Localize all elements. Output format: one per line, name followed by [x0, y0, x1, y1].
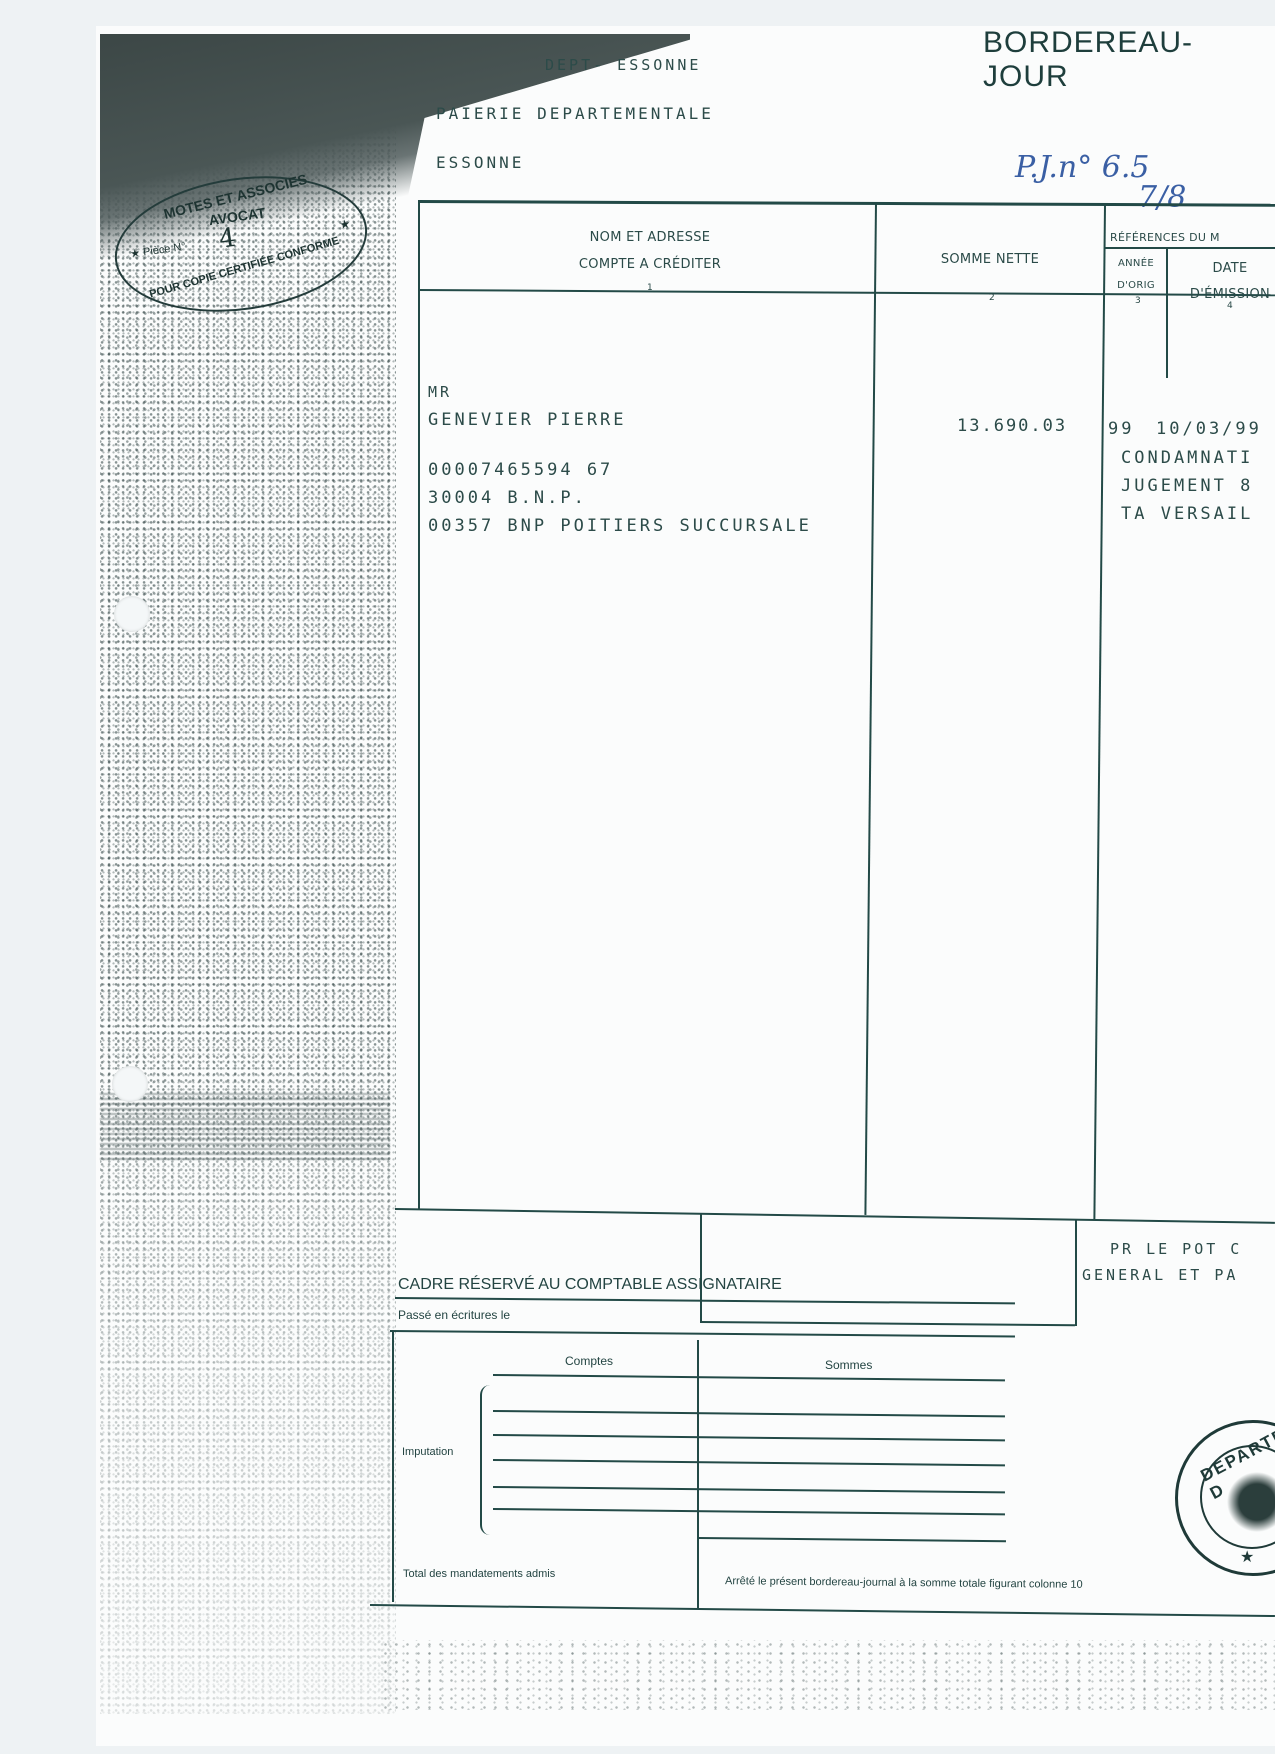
footer-box-right: [1075, 1220, 1077, 1326]
dept-label: DEPT- ESSONNE: [545, 56, 701, 74]
col-divider-3: [1166, 248, 1168, 378]
col4-header-line2: D'ÉMISSION: [1170, 287, 1275, 302]
references-subheader-line: [1104, 247, 1275, 249]
stamp-star-icon: ★: [339, 217, 352, 232]
total-label: Total des mandatements admis: [403, 1568, 555, 1580]
col4-number: 4: [1220, 301, 1240, 311]
accounting-title: CADRE RÉSERVÉ AU COMPTABLE ASSIGNATAIRE: [398, 1276, 782, 1294]
stamp-piece-number: 4: [217, 223, 238, 255]
reference-line: JUGEMENT 8: [1121, 472, 1253, 500]
col3-number: 3: [1128, 296, 1148, 306]
imputation-label: Imputation: [402, 1446, 453, 1458]
imputation-brace: [480, 1385, 490, 1535]
payee-name: GENEVIER PIERRE: [428, 406, 812, 434]
reference-block: CONDAMNATI JUGEMENT 8 TA VERSAIL: [1121, 444, 1253, 528]
col1-number: 1: [640, 283, 660, 293]
signature-line2: GENERAL ET PA: [1082, 1266, 1238, 1284]
accounts-header: Comptes: [565, 1354, 613, 1368]
net-amount: 13.690.03: [957, 416, 1067, 436]
essonne-label: ESSONNE: [436, 153, 524, 172]
payee-bank: 30004 B.N.P.: [428, 484, 812, 512]
punch-hole: [112, 1066, 148, 1102]
col3-header-line1: ANNÉE: [1108, 258, 1164, 269]
payee-blank: [428, 434, 812, 456]
col3-header-line2: D'ORIG: [1108, 280, 1164, 291]
references-group-header: RÉFÉRENCES DU M: [1110, 231, 1275, 244]
handwritten-ref-line1: P.J.n° 6.5: [1015, 150, 1149, 185]
table-left-border: [418, 200, 420, 1210]
payee-branch: 00357 BNP POITIERS SUCCURSALE: [428, 512, 812, 540]
seal-star-icon: ★: [1240, 1547, 1254, 1567]
sums-header: Sommes: [825, 1358, 872, 1372]
punch-hole: [114, 596, 150, 632]
col2-header: SOMME NETTE: [900, 252, 1080, 267]
payee-title: MR: [428, 378, 812, 406]
paierie-label: PAIERIE DEPARTEMENTALE: [436, 104, 714, 123]
reference-line: CONDAMNATI: [1121, 444, 1253, 472]
footer-box-left: [700, 1214, 702, 1322]
photocopy-dark-band: [100, 1090, 390, 1160]
handwritten-ref-line2: 7/8: [1138, 180, 1186, 215]
posted-label: Passé en écritures le: [398, 1308, 510, 1322]
document-title: BORDEREAU-JOUR: [983, 26, 1275, 94]
col1-header-line1: NOM ET ADRESSE: [540, 230, 760, 245]
col1-header-line2: COMPTE A CRÉDITER: [540, 257, 760, 272]
origin-year: 99: [1108, 419, 1134, 439]
reference-line: TA VERSAIL: [1121, 500, 1253, 528]
accounting-col-divider: [697, 1340, 699, 1608]
payee-block: MR GENEVIER PIERRE 00007465594 67 30004 …: [428, 378, 812, 540]
issue-date: 10/03/99: [1156, 419, 1262, 439]
stamp-piece-label: Pièce N°: [142, 241, 186, 259]
accounting-left-border: [392, 1332, 394, 1602]
col2-number: 2: [982, 293, 1002, 303]
signature-line1: PR LE POT C: [1110, 1240, 1242, 1258]
col4-header-line1: DATE: [1170, 261, 1275, 276]
payee-account: 00007465594 67: [428, 456, 812, 484]
photocopy-noise-bottom: [380, 1640, 1275, 1710]
